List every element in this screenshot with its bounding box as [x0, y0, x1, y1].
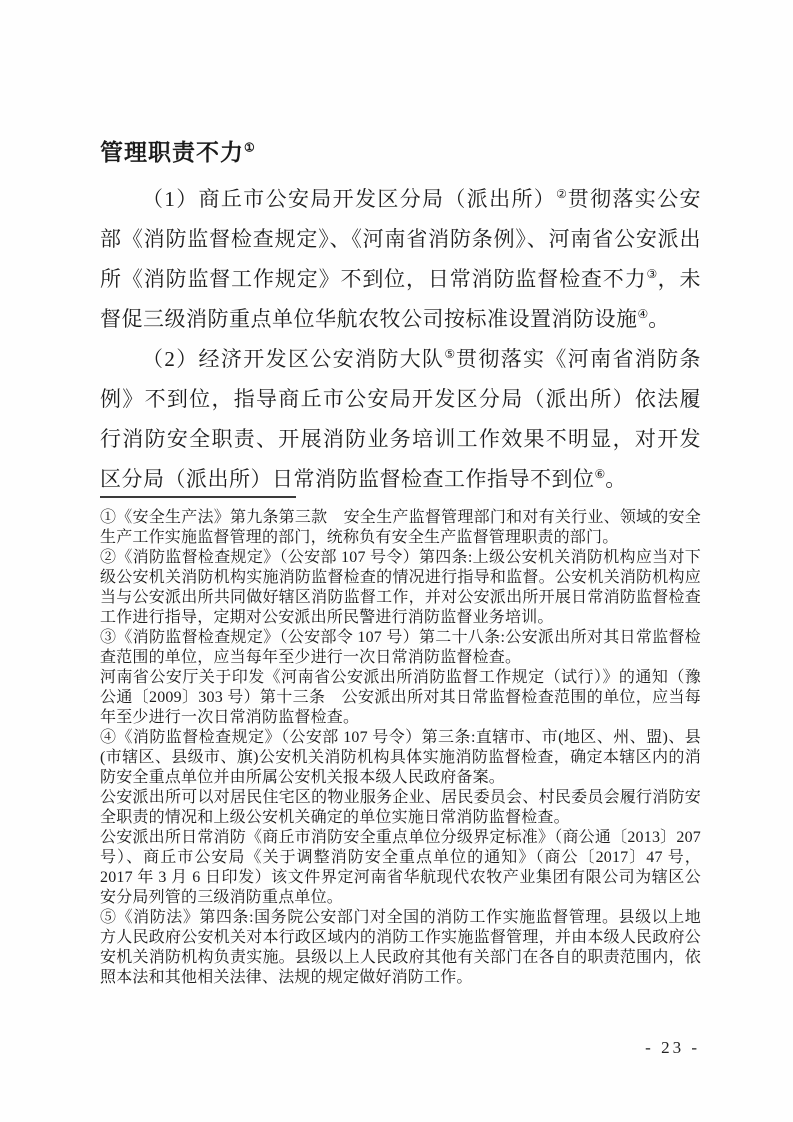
- paragraph-text: 。: [605, 467, 627, 491]
- footnote-separator: [100, 496, 296, 498]
- footnote-item-8: ⑤《消防法》第四条:国务院公安部门对全国的消防工作实施监督管理。县级以上地方人民…: [100, 908, 701, 988]
- page-number: - 23 -: [645, 1038, 700, 1058]
- footnote-ref-2: ②: [556, 187, 568, 201]
- footnote-item-5: ④《消防监督检查规定》（公安部 107 号令）第三条:直辖市、市(地区、州、盟)…: [100, 728, 701, 788]
- footnote-ref-6: ⑥: [595, 467, 606, 481]
- footnote-ref-1: ①: [244, 140, 255, 154]
- footnote-item-2: ②《消防监督检查规定》（公安部 107 号令）第四条:上级公安机关消防机构应当对…: [100, 548, 701, 628]
- footnote-item-6: 公安派出所可以对居民住宅区的物业服务企业、居民委员会、村民委员会履行消防安全职责…: [100, 788, 701, 828]
- paragraph-text: （2）经济开发区公安消防大队: [142, 347, 444, 371]
- document-page: 管理职责不力① （1）商丘市公安局开发区分局（派出所）②贯彻落实公安部《消防监督…: [0, 0, 793, 1122]
- section-heading-text: 管理职责不力: [100, 140, 244, 165]
- section-heading: 管理职责不力①: [100, 138, 701, 168]
- footnote-item-4: 河南省公安厅关于印发《河南省公安派出所消防监督工作规定（试行）》的通知（豫公通〔…: [100, 668, 701, 728]
- footnote-item-7: 公安派出所日常消防《商丘市消防安全重点单位分级界定标准》（商公通〔2013〕20…: [100, 828, 701, 908]
- body-paragraph-2: （2）经济开发区公安消防大队⑤贯彻落实《河南省消防条例》不到位，指导商丘市公安局…: [100, 339, 701, 499]
- footnotes-block: ①《安全生产法》第九条第三款 安全生产监督管理部门和对有关行业、领域的安全生产工…: [100, 496, 701, 988]
- footnote-ref-4: ④: [638, 307, 649, 321]
- main-text-block: 管理职责不力① （1）商丘市公安局开发区分局（派出所）②贯彻落实公安部《消防监督…: [100, 138, 701, 499]
- footnote-item-3: ③《消防监督检查规定》（公安部令 107 号）第二十八条:公安派出所对其日常监督…: [100, 628, 701, 668]
- paragraph-text: （1）商丘市公安局开发区分局（派出所）: [142, 187, 556, 211]
- paragraph-text: 。: [648, 307, 670, 331]
- footnote-item-1: ①《安全生产法》第九条第三款 安全生产监督管理部门和对有关行业、领域的安全生产工…: [100, 508, 701, 548]
- footnote-ref-3: ③: [647, 267, 658, 281]
- footnote-ref-5: ⑤: [444, 347, 456, 361]
- body-paragraph-1: （1）商丘市公安局开发区分局（派出所）②贯彻落实公安部《消防监督检查规定》、《河…: [100, 179, 701, 339]
